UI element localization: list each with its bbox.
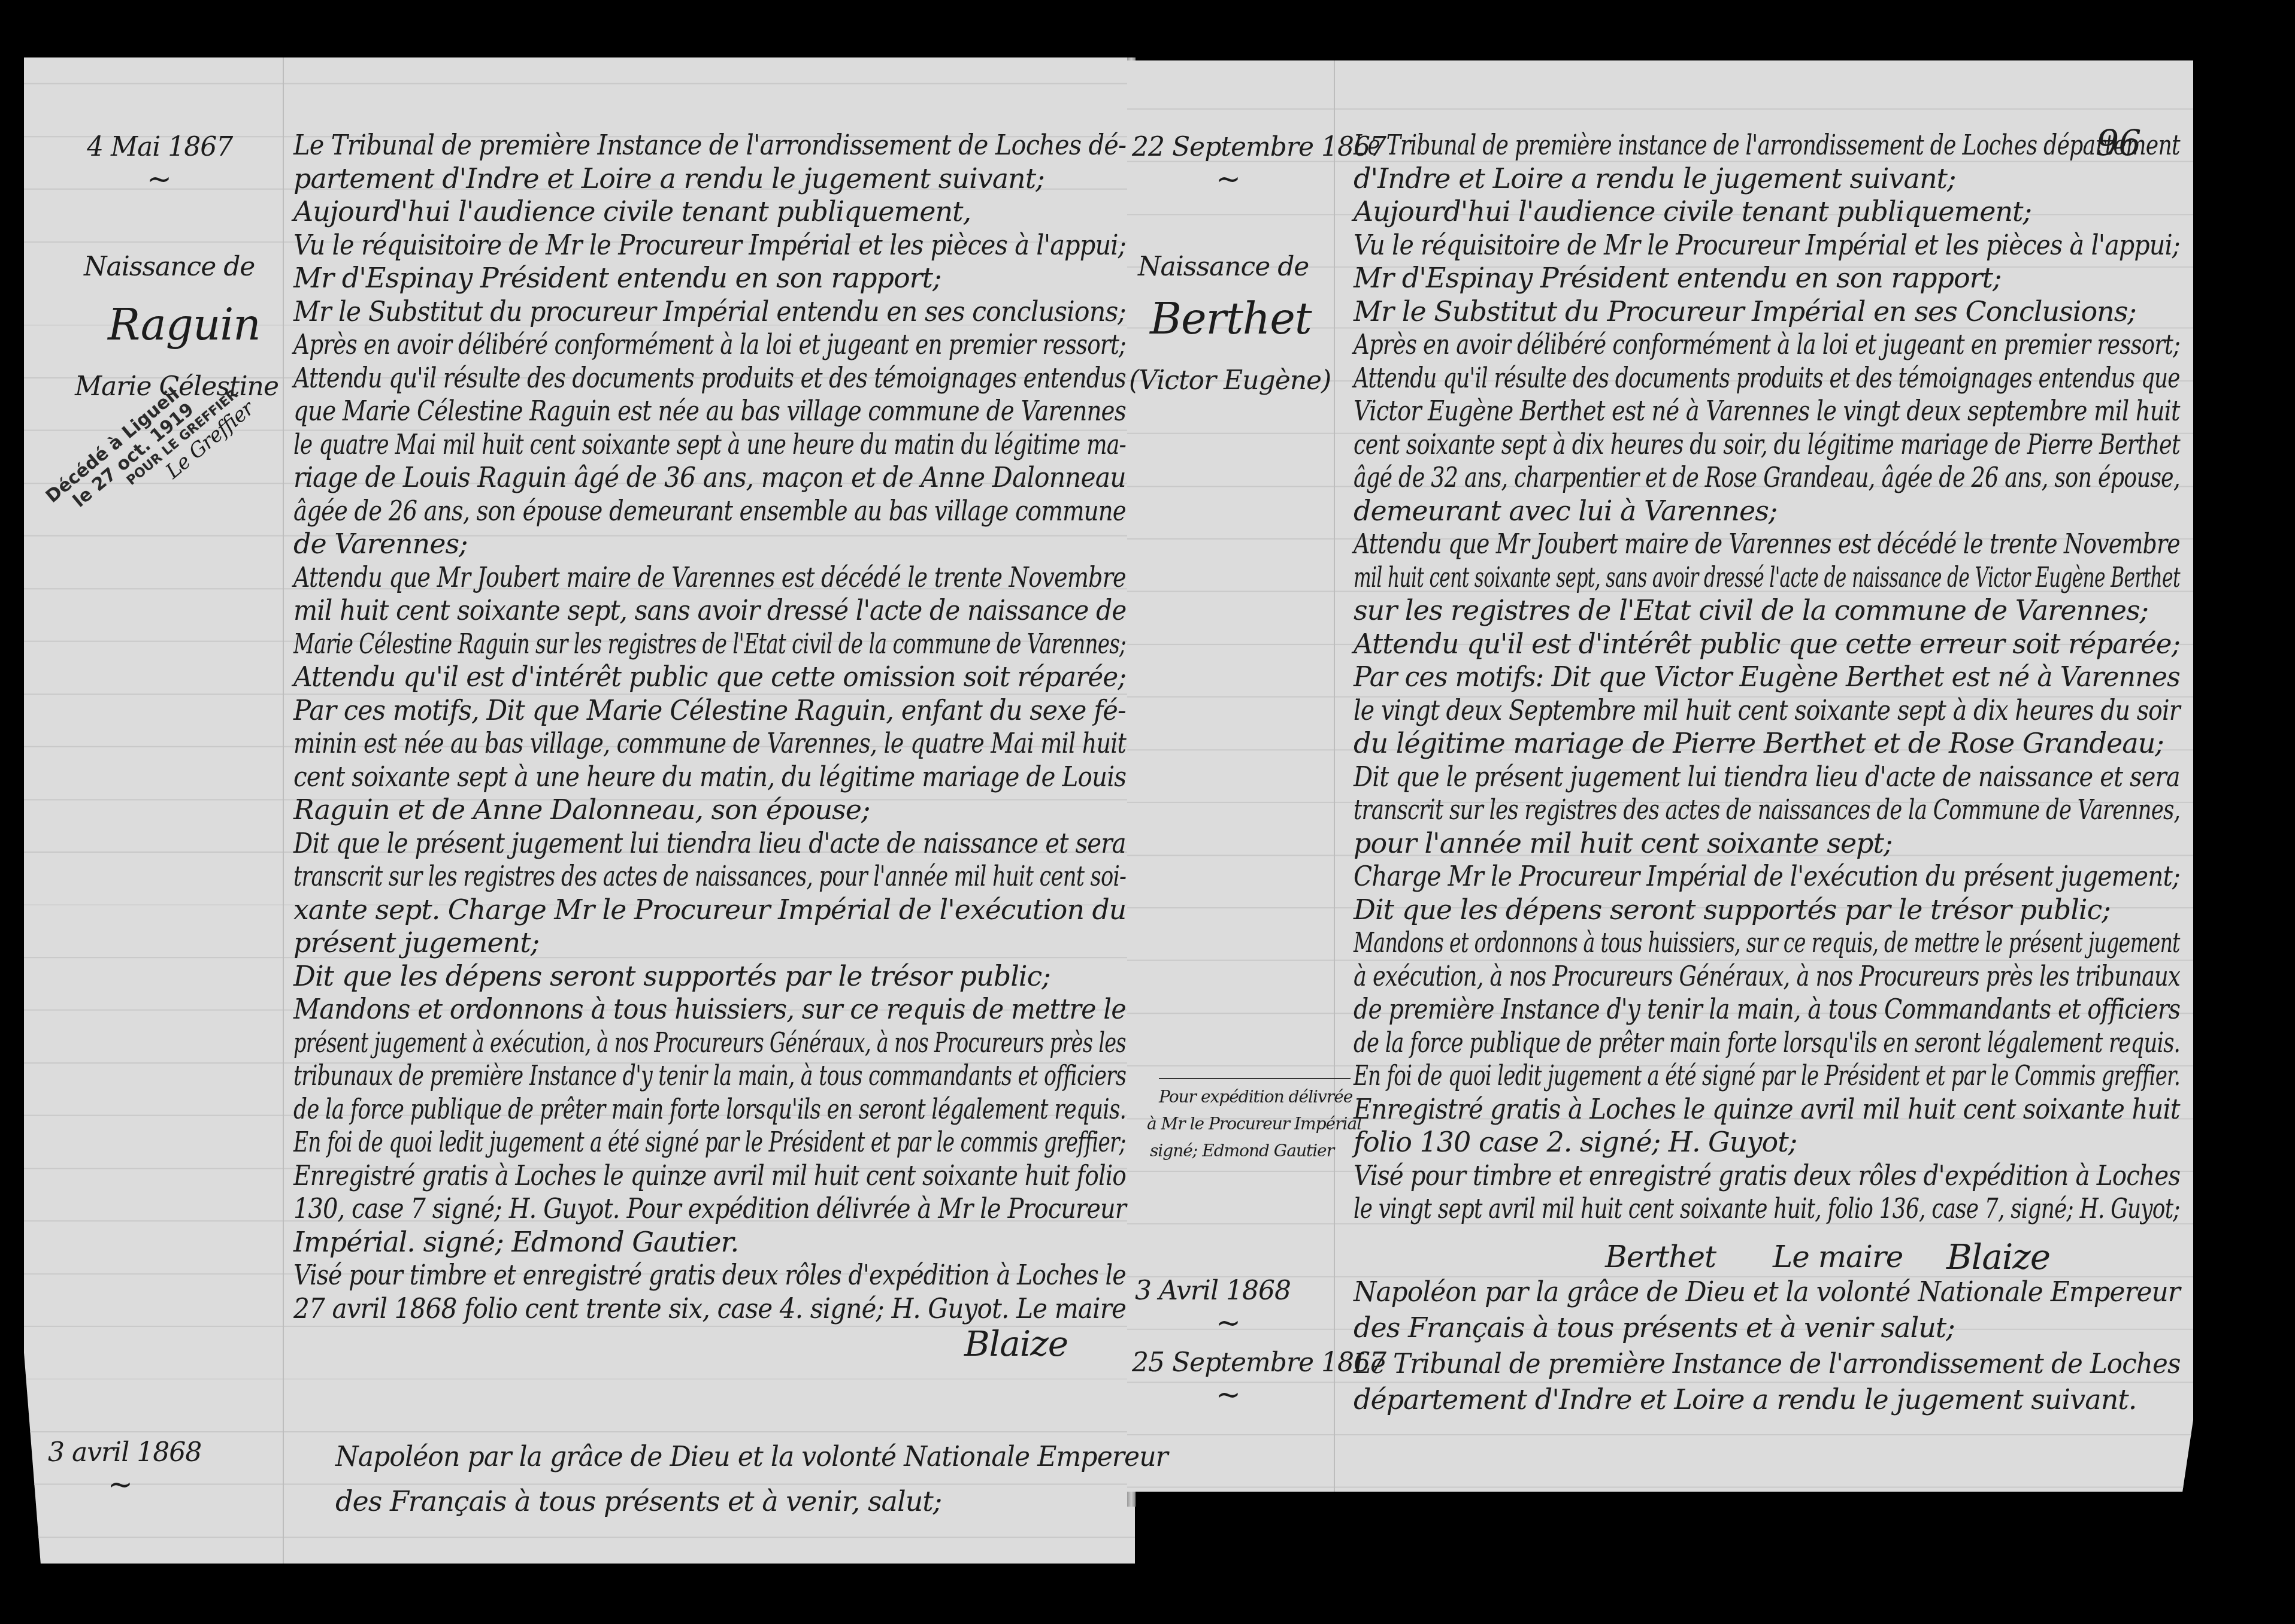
text-line: Enregistré gratis à Loches le quinze avr… [1354,1093,2180,1125]
text-line: d'Indre et Loire a rendu le jugement sui… [1354,162,1956,195]
text-line: demeurant avec lui à Varennes; [1354,495,1777,527]
text-line: partement d'Indre et Loire a rendu le ju… [293,162,1044,195]
text-line: Victor Eugène Berthet est né à Varennes … [1354,395,2180,427]
text-line: de Varennes; [293,528,468,560]
text-line: Par ces motifs, Dit que Marie Célestine … [293,694,1126,726]
flourish: ~ [147,162,171,196]
text-line: Mr le Substitut du Procureur Impérial en… [1354,295,2136,328]
text-line: du légitime mariage de Pierre Berthet et… [1354,727,2164,759]
text-line: Dit que les dépens seront supportés par … [293,960,1050,992]
margin-title: Naissance de [1138,252,1309,282]
text-line: En foi de quoi ledit jugement a été sign… [1354,1059,2180,1092]
text-line: folio 130 case 2. signé; H. Guyot; [1354,1126,1797,1158]
text-line: 130, case 7 signé; H. Guyot. Pour expédi… [293,1192,1126,1225]
text-line: des Français à tous présents et à venir,… [335,1485,941,1517]
text-line: Mandons et ordonnons à tous huissiers, s… [293,993,1126,1025]
margin-date: 22 Septembre 1867 [1132,132,1386,162]
text-line: le quatre Mai mil huit cent soixante sep… [293,428,1126,460]
text-line: Napoléon par la grâce de Dieu et la volo… [1354,1275,2180,1308]
margin-given-names: (Victor Eugène) [1129,365,1331,396]
flourish: ~ [1216,162,1240,196]
text-line: transcrit sur les registres des actes de… [293,860,1126,892]
text-line: sur les registres de l'Etat civil de la … [1354,594,2148,626]
text-line: Attendu qu'il est d'intérêt public que c… [293,660,1126,693]
margin-date: 3 avril 1868 [48,1437,201,1468]
text-line: à exécution, à nos Procureurs Généraux, … [1354,960,2180,992]
text-line: des Français à tous présents et à venir … [1354,1311,1955,1344]
margin-title: Naissance de [84,252,255,282]
text-line: présent jugement à exécution, à nos Proc… [293,1026,1126,1059]
text-line: 27 avril 1868 folio cent trente six, cas… [293,1292,1126,1325]
text-line: Attendu qu'il résulte des documents prod… [1354,362,2180,394]
flourish: ~ [1216,1377,1240,1412]
text-line: cent soixante sept à dix heures du soir,… [1354,428,2180,460]
text-line: Mandons et ordonnons à tous huissiers, s… [1354,926,2180,959]
text-line: Dit que le présent jugement lui tiendra … [293,827,1126,859]
text-line: présent jugement; [293,926,539,959]
text-line: de première Instance d'y tenir la main, … [1354,993,2180,1025]
text-line: Le Tribunal de première Instance de l'ar… [1354,1347,2180,1380]
text-line: En foi de quoi ledit jugement a été sign… [293,1126,1126,1158]
text-line: Après en avoir délibéré conformément à l… [1354,328,2180,360]
margin-surname: Berthet [1150,293,1312,344]
text-line: tribunaux de première Instance d'y tenir… [293,1059,1126,1092]
margin-surname: Raguin [108,299,261,350]
text-line: minin est née au bas village, commune de… [293,727,1126,759]
marginal-note-line: signé; Edmond Gautier [1150,1141,1334,1161]
text-line: Raguin et de Anne Dalonneau, son épouse; [293,793,870,826]
text-line: âgée de 26 ans, son épouse demeurant ens… [293,495,1126,527]
text-line: Aujourd'hui l'audience civile tenant pub… [1354,195,2031,228]
text-line: Napoléon par la grâce de Dieu et la volo… [335,1440,1168,1472]
text-line: Visé pour timbre et enregistré gratis de… [293,1259,1126,1291]
margin-rule [1334,60,1335,1492]
text-line: le vingt deux Septembre mil huit cent so… [1354,694,2180,726]
text-line: Marie Célestine Raguin sur les registres… [293,628,1126,660]
text-line: Attendu que Mr Joubert maire de Varennes… [1354,528,2180,560]
text-line: Mr le Substitut du procureur Impérial en… [293,295,1126,328]
text-line: Aujourd'hui l'audience civile tenant pub… [293,195,971,228]
text-line: Mr d'Espinay Président entendu en son ra… [293,262,941,294]
text-line: que Marie Célestine Raguin est née au ba… [293,395,1126,427]
text-line: xante sept. Charge Mr le Procureur Impér… [293,893,1126,926]
text-line: mil huit cent soixante sept, sans avoir … [293,594,1126,626]
text-line: mil huit cent soixante sept, sans avoir … [1354,561,2180,593]
margin-date-secondary: 25 Septembre 1867 [1132,1347,1386,1378]
text-line: Après en avoir délibéré conformément à l… [293,328,1126,360]
text-line: Attendu qu'il résulte des documents prod… [293,362,1126,394]
text-line: Le Tribunal de première instance de l'ar… [1354,129,2180,161]
text-line: Vu le réquisitoire de Mr le Procureur Im… [293,229,1126,261]
text-line: Le Tribunal de première Instance de l'ar… [293,129,1126,161]
text-line: Dit que le présent jugement lui tiendra … [1354,761,2180,793]
margin-date: 3 Avril 1868 [1135,1275,1291,1306]
text-line: le vingt sept avril mil huit cent soixan… [1354,1192,2180,1225]
text-line: Par ces motifs: Dit que Victor Eugène Be… [1354,660,2180,693]
text-line: Visé pour timbre et enregistré gratis de… [1354,1159,2180,1192]
text-line: pour l'année mil huit cent soixante sept… [1354,827,1893,859]
text-line: de la force publique de prêter main fort… [1354,1026,2180,1059]
mayor-signature: Blaize [1946,1237,2050,1277]
text-line: âgé de 32 ans, charpentier et de Rose Gr… [1354,461,2180,493]
text-line: cent soixante sept à une heure du matin,… [293,761,1126,793]
marginal-note-line: à Mr le Procureur Impérial [1147,1114,1361,1134]
flourish: ~ [108,1467,132,1502]
declarant-signature: Berthet [1605,1240,1716,1274]
margin-rule [283,57,284,1564]
mayor-signature: Blaize [964,1323,1068,1364]
flourish: ~ [1216,1305,1240,1340]
text-line: Impérial. signé; Edmond Gautier. [293,1226,738,1258]
text-line: Enregistré gratis à Loches le quinze avr… [293,1159,1126,1192]
margin-date: 4 Mai 1867 [87,132,232,162]
text-line: Charge Mr le Procureur Impérial de l'exé… [1354,860,2180,892]
text-line: de la force publique de prêter main fort… [293,1093,1126,1125]
text-line: département d'Indre et Loire a rendu le … [1354,1383,2136,1416]
text-line: Dit que les dépens seront supportés par … [1354,893,2111,926]
marginal-note-line: Pour expédition délivrée [1159,1087,1352,1107]
mayor-label: Le maire [1773,1240,1903,1274]
text-line: Attendu qu'il est d'intérêt public que c… [1354,628,2180,660]
text-line: Vu le réquisitoire de Mr le Procureur Im… [1354,229,2180,261]
text-line: Attendu que Mr Joubert maire de Varennes… [293,561,1126,593]
text-line: transcrit sur les registres des actes de… [1354,793,2180,826]
marginal-divider [1159,1078,1351,1079]
text-line: Mr d'Espinay Président entendu en son ra… [1354,262,2002,294]
text-line: riage de Louis Raguin âgé de 36 ans, maç… [293,461,1126,493]
